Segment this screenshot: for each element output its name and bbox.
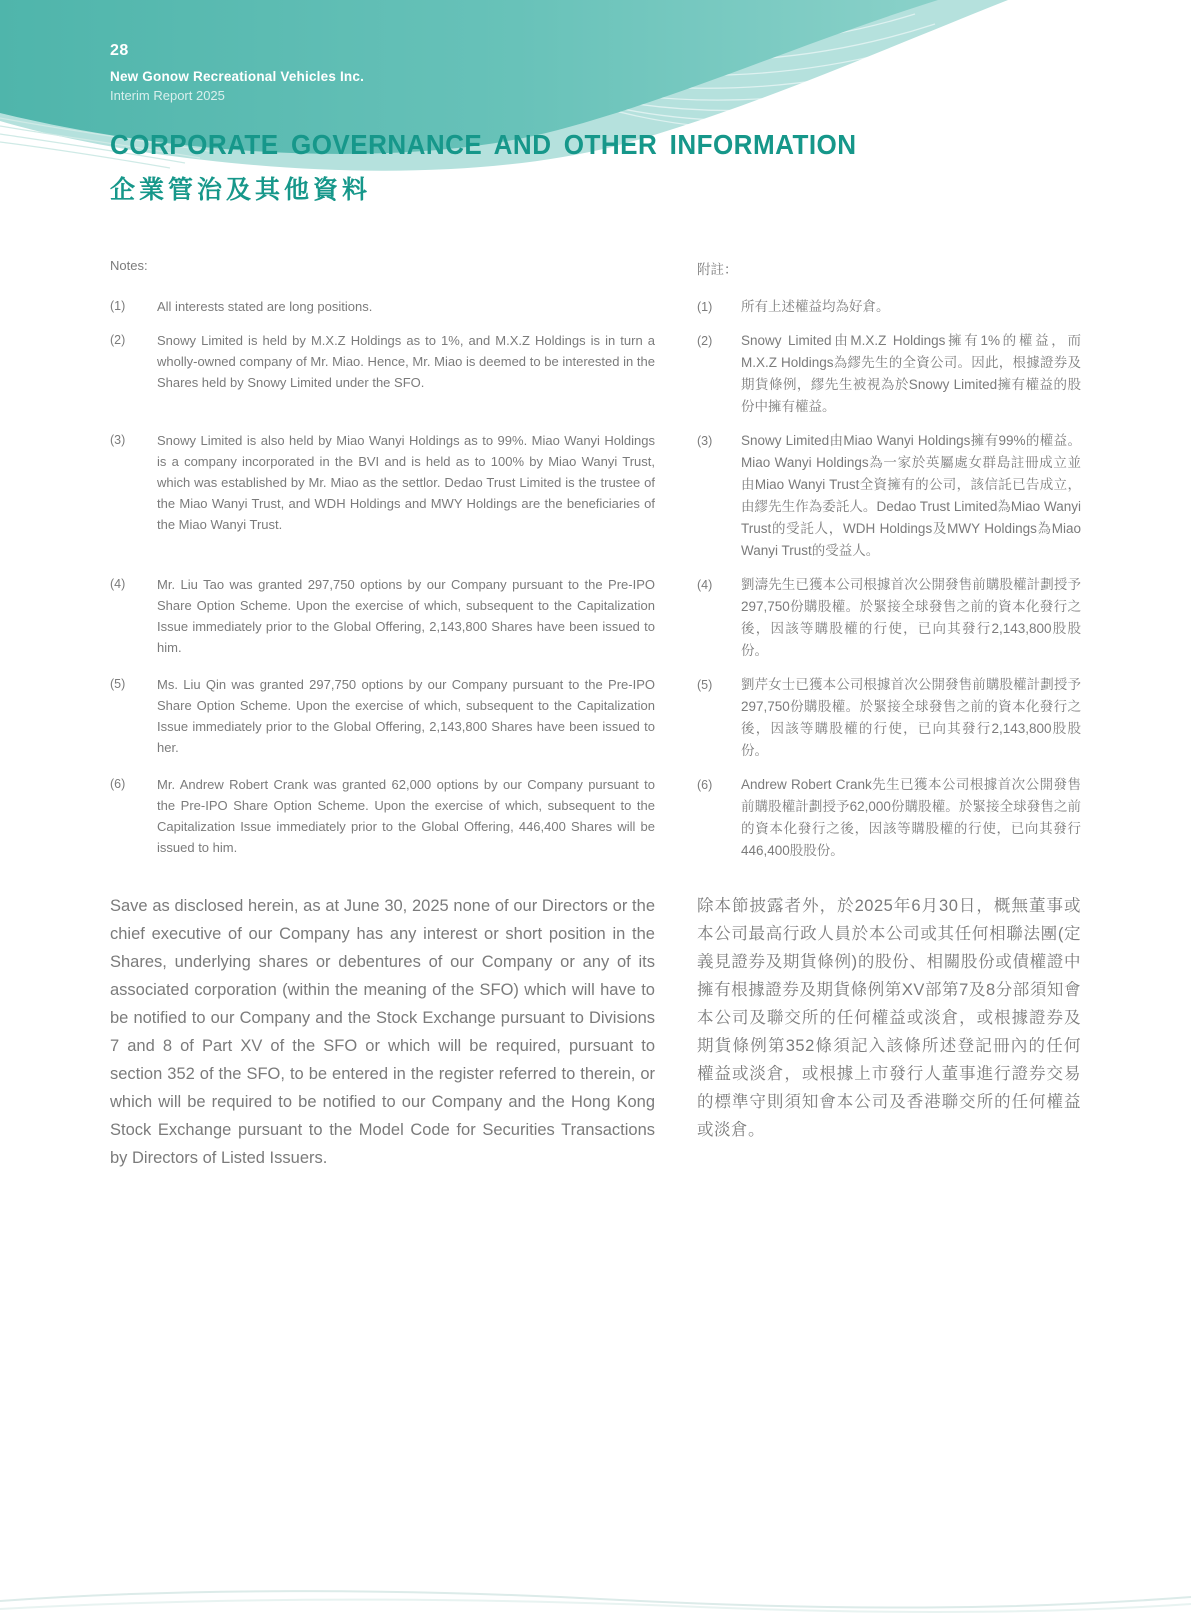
note-text-zh: 劉濤先生已獲本公司根據首次公開發售前購股權計劃授予297,750份購股權。於緊接… xyxy=(741,574,1081,662)
note-en: (5) Ms. Liu Qin was granted 297,750 opti… xyxy=(110,674,655,762)
report-page: 28 New Gonow Recreational Vehicles Inc. … xyxy=(0,0,1191,1616)
note-number: (4) xyxy=(697,574,741,662)
note-row-1: (1) All interests stated are long positi… xyxy=(110,296,1081,318)
page-number: 28 xyxy=(110,42,364,60)
note-en: (1) All interests stated are long positi… xyxy=(110,296,655,318)
note-row-4: (4) Mr. Liu Tao was granted 297,750 opti… xyxy=(110,574,1081,662)
note-zh: (6) Andrew Robert Crank先生已獲本公司根據首次公開發售前購… xyxy=(697,774,1081,862)
note-zh: (4) 劉濤先生已獲本公司根據首次公開發售前購股權計劃授予297,750份購股權… xyxy=(697,574,1081,662)
notes-labels-row: Notes: 附註： xyxy=(110,258,1081,278)
company-name: New Gonow Recreational Vehicles Inc. xyxy=(110,69,364,84)
note-text-zh: 所有上述權益均為好倉。 xyxy=(741,296,1081,318)
report-name: Interim Report 2025 xyxy=(110,88,364,103)
note-number: (6) xyxy=(697,774,741,862)
note-number: (5) xyxy=(110,674,157,762)
closing-paragraphs: Save as disclosed herein, as at June 30,… xyxy=(110,892,1081,1172)
notes-label-en: Notes: xyxy=(110,258,655,278)
note-en: (4) Mr. Liu Tao was granted 297,750 opti… xyxy=(110,574,655,662)
note-text-en: Ms. Liu Qin was granted 297,750 options … xyxy=(157,674,655,762)
note-text-en: Mr. Liu Tao was granted 297,750 options … xyxy=(157,574,655,662)
notes-section: Notes: 附註： (1) All interests stated are … xyxy=(110,258,1081,1172)
note-text-zh: Snowy Limited由Miao Wanyi Holdings擁有99%的權… xyxy=(741,430,1081,562)
note-en: (2) Snowy Limited is held by M.X.Z Holdi… xyxy=(110,330,655,418)
note-number: (6) xyxy=(110,774,157,862)
note-text-en: Mr. Andrew Robert Crank was granted 62,0… xyxy=(157,774,655,862)
note-number: (2) xyxy=(110,330,157,418)
note-zh: (2) Snowy Limited由M.X.Z Holdings擁有1%的權益，… xyxy=(697,330,1081,418)
note-row-2: (2) Snowy Limited is held by M.X.Z Holdi… xyxy=(110,330,1081,418)
note-en: (3) Snowy Limited is also held by Miao W… xyxy=(110,430,655,562)
note-row-3: (3) Snowy Limited is also held by Miao W… xyxy=(110,430,1081,562)
note-number: (1) xyxy=(697,296,741,318)
note-number: (2) xyxy=(697,330,741,418)
closing-paragraph-zh: 除本節披露者外，於2025年6月30日，概無董事或本公司最高行政人員於本公司或其… xyxy=(697,892,1081,1172)
note-en: (6) Mr. Andrew Robert Crank was granted … xyxy=(110,774,655,862)
section-title-en: CORPORATE GOVERNANCE AND OTHER INFORMATI… xyxy=(110,129,857,161)
section-title-zh: 企業管治及其他資料 xyxy=(110,170,913,206)
note-text-zh: Andrew Robert Crank先生已獲本公司根據首次公開發售前購股權計劃… xyxy=(741,774,1081,862)
note-number: (3) xyxy=(697,430,741,562)
note-text-zh: Snowy Limited由M.X.Z Holdings擁有1%的權益，而M.X… xyxy=(741,330,1081,418)
note-zh: (1) 所有上述權益均為好倉。 xyxy=(697,296,1081,318)
note-zh: (3) Snowy Limited由Miao Wanyi Holdings擁有9… xyxy=(697,430,1081,562)
note-number: (3) xyxy=(110,430,157,562)
note-row-5: (5) Ms. Liu Qin was granted 297,750 opti… xyxy=(110,674,1081,762)
note-number: (1) xyxy=(110,296,157,318)
footer-wave-graphic xyxy=(0,1576,1191,1616)
note-number: (5) xyxy=(697,674,741,762)
note-number: (4) xyxy=(110,574,157,662)
note-zh: (5) 劉芹女士已獲本公司根據首次公開發售前購股權計劃授予297,750份購股權… xyxy=(697,674,1081,762)
note-row-6: (6) Mr. Andrew Robert Crank was granted … xyxy=(110,774,1081,862)
note-text-en: All interests stated are long positions. xyxy=(157,296,655,318)
closing-paragraph-en: Save as disclosed herein, as at June 30,… xyxy=(110,892,655,1172)
section-title-block: CORPORATE GOVERNANCE AND OTHER INFORMATI… xyxy=(110,129,913,206)
note-text-en: Snowy Limited is held by M.X.Z Holdings … xyxy=(157,330,655,418)
notes-label-zh: 附註： xyxy=(697,258,1081,278)
header-meta: 28 New Gonow Recreational Vehicles Inc. … xyxy=(110,42,364,103)
note-text-zh: 劉芹女士已獲本公司根據首次公開發售前購股權計劃授予297,750份購股權。於緊接… xyxy=(741,674,1081,762)
note-text-en: Snowy Limited is also held by Miao Wanyi… xyxy=(157,430,655,562)
